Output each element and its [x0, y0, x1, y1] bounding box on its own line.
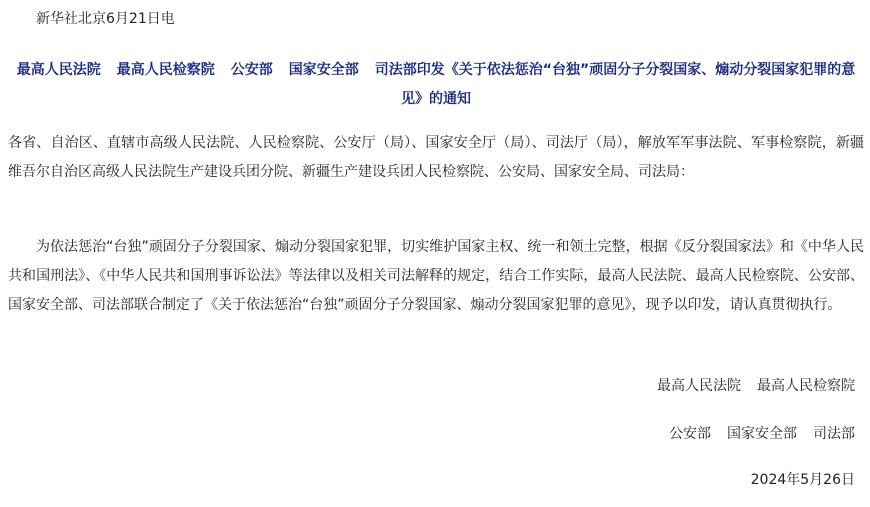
signatory: 司法部	[813, 426, 855, 442]
title-issuer: 国家安全部	[289, 62, 359, 78]
salutation-paragraph: 各省、自治区、直辖市高级人民法院、人民检察院、公安厅（局）、国家安全厅（局）、司…	[8, 129, 864, 187]
dateline: 新华社北京6月21日电	[36, 9, 175, 29]
title-text: 司法部印发《关于依法惩治“台独”顽固分子分裂国家、煽动分裂国家犯罪的意见》的通知	[375, 62, 855, 107]
signature-line-2: 公安部国家安全部司法部	[669, 424, 855, 444]
signatory: 公安部	[669, 426, 711, 442]
signature-date: 2024年5月26日	[751, 470, 855, 490]
signatory: 最高人民检察院	[757, 378, 855, 394]
signatory: 最高人民法院	[657, 378, 741, 394]
signatory: 国家安全部	[727, 426, 797, 442]
signature-line-1: 最高人民法院最高人民检察院	[657, 376, 855, 396]
title-issuer: 最高人民检察院	[117, 62, 215, 78]
notice-title: 最高人民法院最高人民检察院公安部国家安全部司法部印发《关于依法惩治“台独”顽固分…	[8, 56, 864, 114]
title-issuer: 最高人民法院	[17, 62, 101, 78]
title-issuer: 公安部	[231, 62, 273, 78]
body-paragraph: 为依法惩治“台独”顽固分子分裂国家、煽动分裂国家犯罪，切实维护国家主权、统一和领…	[8, 233, 864, 320]
